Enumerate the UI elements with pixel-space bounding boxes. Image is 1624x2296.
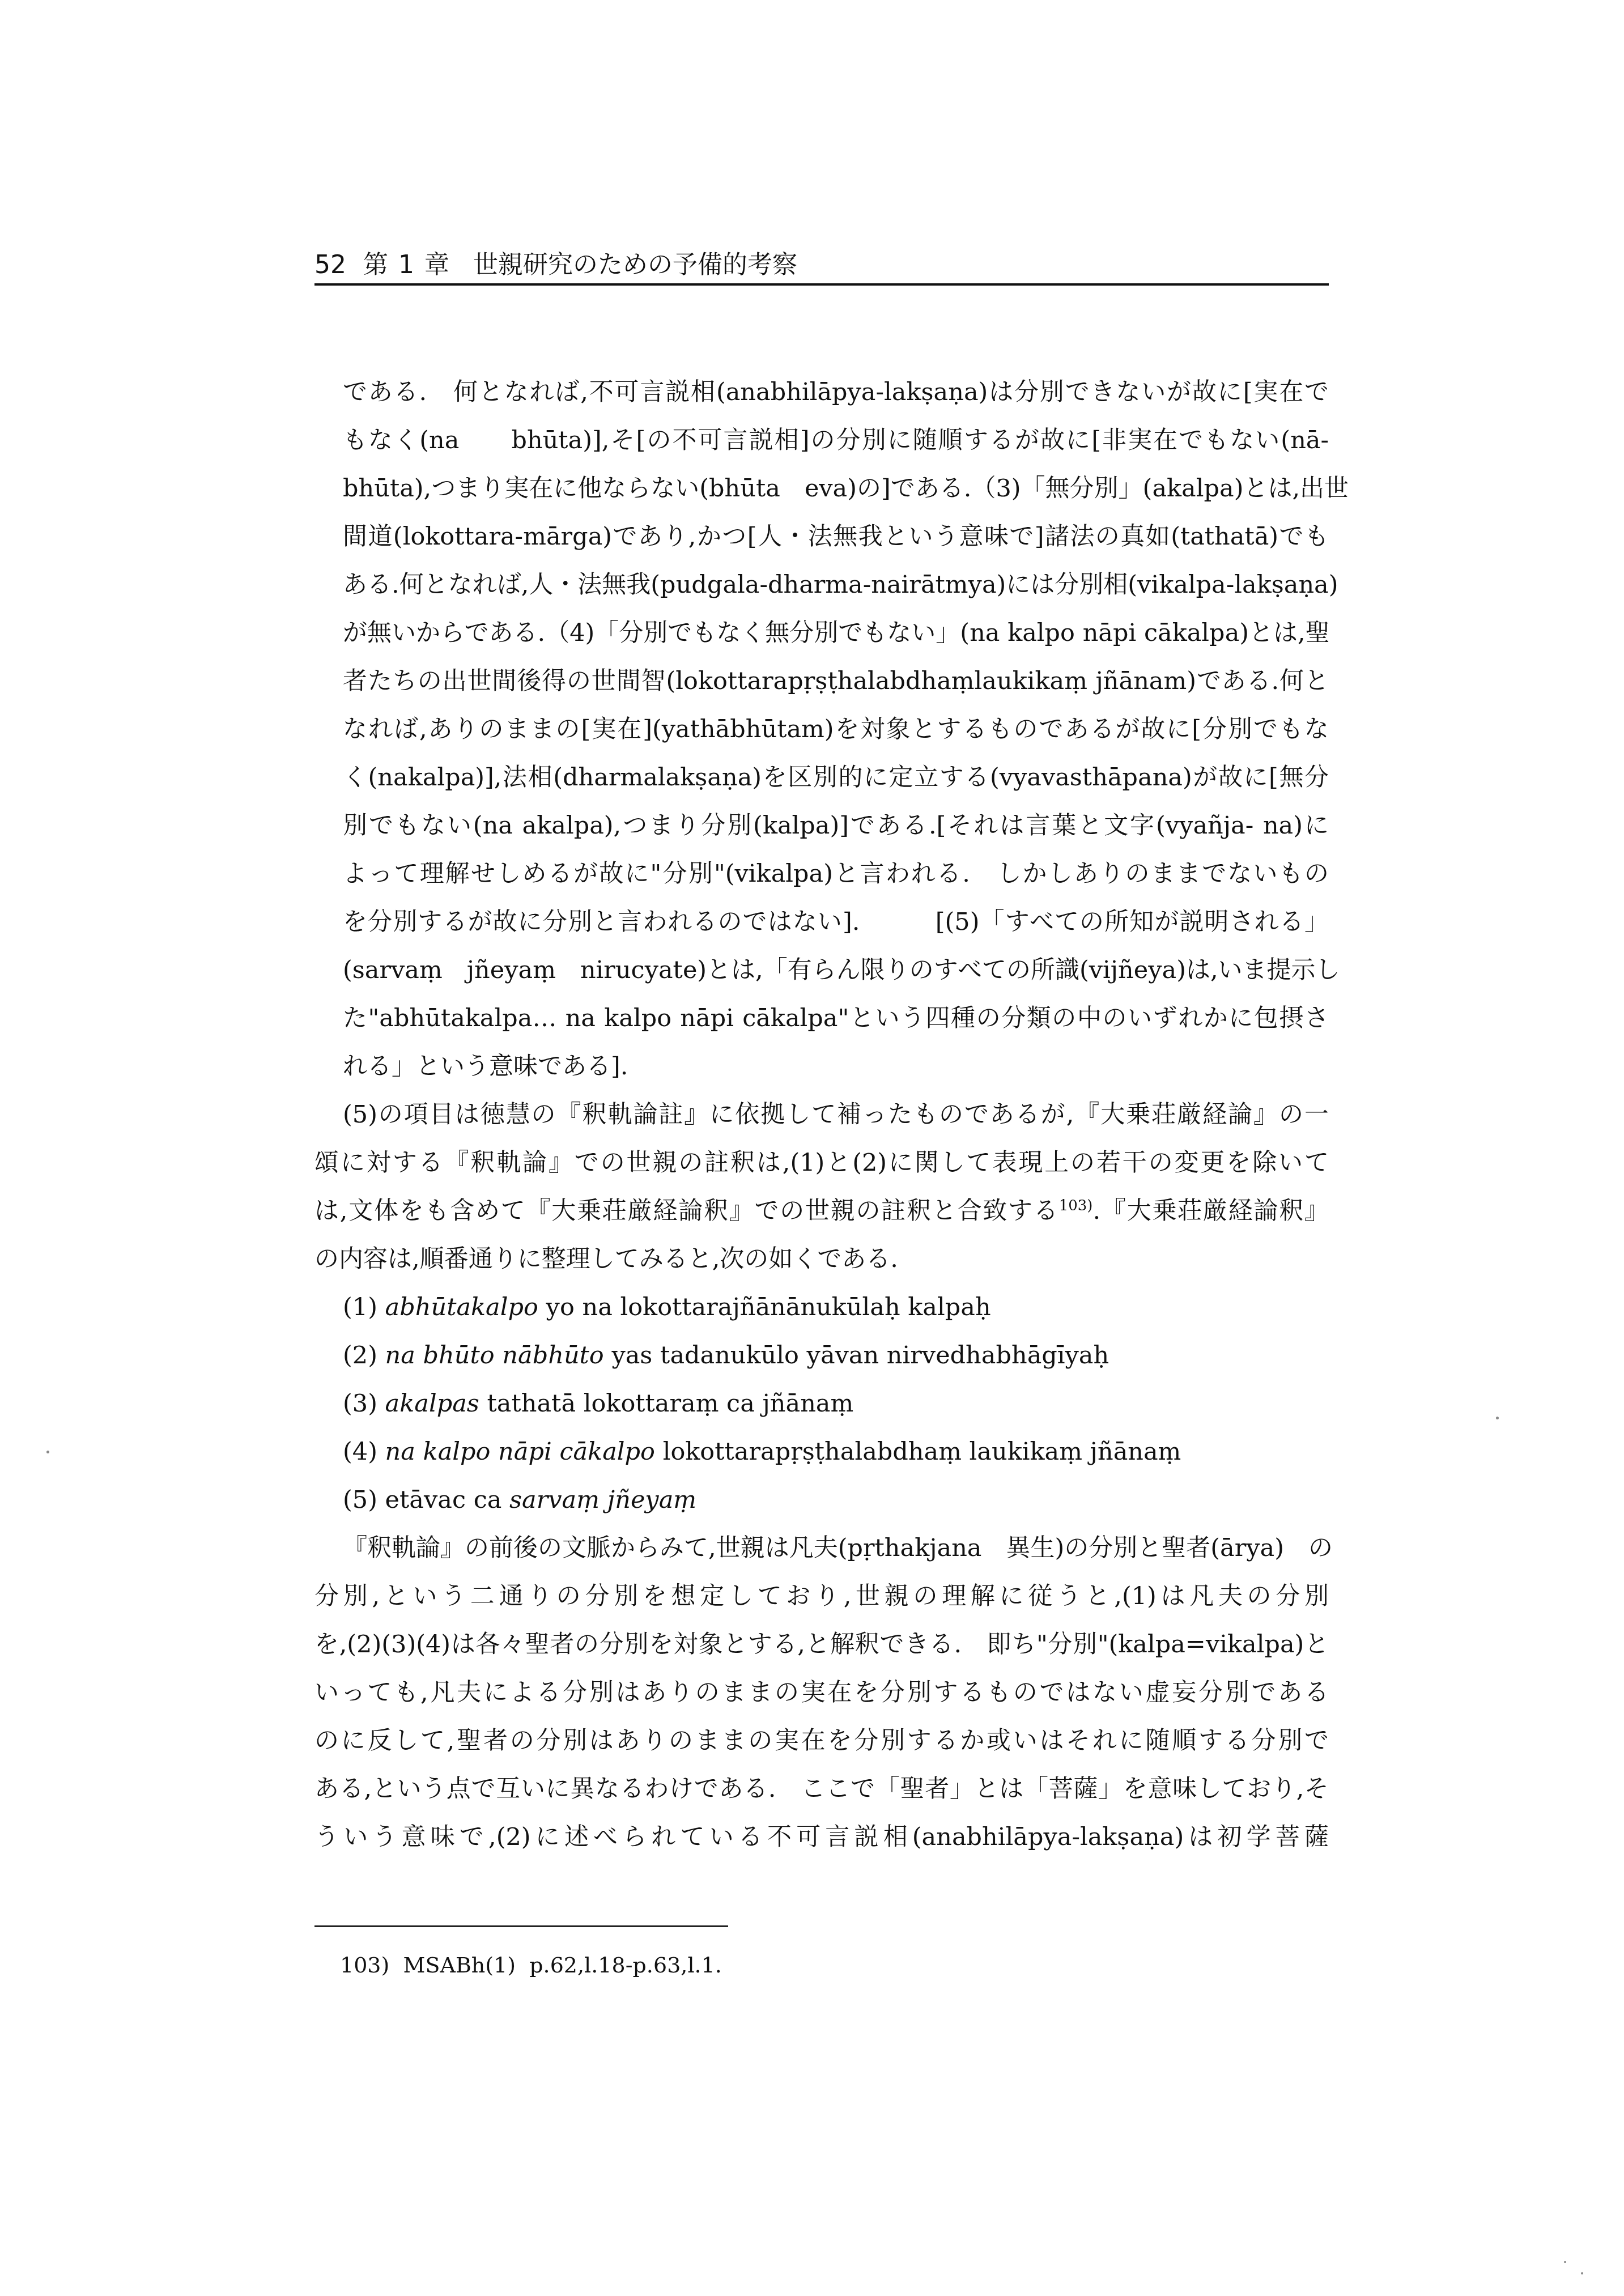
paragraph-line: ある,という点で互いに異なるわけである. ここで「聖者」とは「菩薩」を意味してお… bbox=[314, 1772, 1329, 1806]
list-item: (2) na bhūto nābhūto yas tadanukūlo yāva… bbox=[343, 1338, 1109, 1372]
block-line: を分別するが故に分別と言われるのではない]. [(5)「すべての所知が説明される… bbox=[343, 905, 1329, 939]
paragraph-line: の内容は,順番通りに整理してみると,次の如くである. bbox=[314, 1242, 898, 1276]
scan-speck bbox=[1581, 2272, 1583, 2274]
italic-term: akalpas bbox=[385, 1389, 479, 1418]
list-number: (1) bbox=[343, 1293, 377, 1321]
list-number: (2) bbox=[343, 1341, 377, 1370]
list-text: etāvac ca bbox=[385, 1486, 509, 1514]
paragraph-line: ういう意味で,(2)に述べられている不可言説相(anabhilāpya-lakṣ… bbox=[314, 1820, 1329, 1854]
block-line: が無いからである.（4)「分別でもなく無分別でもない」(na kalpo nāp… bbox=[343, 616, 1329, 650]
block-line: (sarvaṃ jñeyaṃ nirucyate)とは,「有らん限りのすべての所… bbox=[343, 953, 1329, 987]
italic-term: abhūtakalpo bbox=[385, 1293, 538, 1321]
block-line: なれば,ありのままの[実在](yathābhūtam)を対象とするものであるが故… bbox=[343, 712, 1329, 746]
scan-speck bbox=[46, 1451, 49, 1453]
italic-term: na bhūto nābhūto bbox=[385, 1341, 604, 1370]
paragraph-line: 『釈軌論』の前後の文脈からみて,世親は凡夫(pṛthakjana 異生)の分別と… bbox=[343, 1531, 1329, 1565]
list-number: (5) bbox=[343, 1486, 377, 1514]
block-line: く(nakalpa)],法相(dharmalakṣaṇa)を区別的に定立する(v… bbox=[343, 760, 1329, 794]
running-header: 52第 1 章世親研究のための予備的考察 bbox=[314, 249, 1329, 286]
block-line: 間道(lokottara-mārga)であり,かつ[人・法無我という意味で]諸法… bbox=[343, 520, 1329, 554]
scan-speck bbox=[1564, 2261, 1566, 2263]
italic-term: na kalpo nāpi cākalpo bbox=[385, 1438, 655, 1466]
block-line: 者たちの出世間後得の世間智(lokottarapṛṣṭhalabdhaṃlauk… bbox=[343, 664, 1329, 698]
block-line: た"abhūtakalpa… na kalpo nāpi cākalpa"という… bbox=[343, 1001, 1329, 1035]
block-line: れる」という意味である]. bbox=[343, 1049, 628, 1083]
paragraph-line: 頌に対する『釈軌論』での世親の註釈は,(1)と(2)に関して表現上の若干の変更を… bbox=[314, 1146, 1329, 1180]
list-text: lokottarapṛṣṭhalabdhaṃ laukikaṃ jñānaṃ bbox=[655, 1438, 1181, 1466]
chapter-label: 第 1 章 bbox=[363, 250, 450, 279]
block-line: ある.何となれば,人・法無我(pudgala-dharma-nairātmya)… bbox=[343, 568, 1329, 602]
italic-term: sarvaṃ jñeyaṃ bbox=[509, 1486, 696, 1514]
paragraph-line: を,(2)(3)(4)は各々聖者の分別を対象とする,と解釈できる. 即ち"分別"… bbox=[314, 1627, 1329, 1661]
block-line: 別でもない(na akalpa),つまり分別(kalpa)]である.[それは言葉… bbox=[343, 809, 1329, 843]
list-item: (4) na kalpo nāpi cākalpo lokottarapṛṣṭh… bbox=[343, 1435, 1181, 1469]
paragraph-text: は,文体をも含めて『大乗荘厳経論釈』での世親の註釈と合致する bbox=[314, 1197, 1059, 1225]
paragraph-line: いっても,凡夫による分別はありのままの実在を分別するものではない虚妄分別である bbox=[314, 1676, 1329, 1710]
footnote-divider bbox=[314, 1925, 728, 1927]
list-text: yo na lokottarajñānānukūlaḥ kalpaḥ bbox=[538, 1293, 991, 1321]
paragraph-line: のに反して,聖者の分別はありのままの実在を分別するか或いはそれに随順する分別で bbox=[314, 1724, 1329, 1758]
list-item: (3) akalpas tathatā lokottaraṃ ca jñānaṃ bbox=[343, 1387, 853, 1421]
paragraph-line: (5)の項目は徳慧の『釈軌論註』に依拠して補ったものであるが,『大乗荘厳経論』の… bbox=[343, 1098, 1329, 1132]
paragraph-line: 分別,という二通りの分別を想定しており,世親の理解に従うと,(1)は凡夫の分別 bbox=[314, 1579, 1329, 1613]
paragraph-text: .『大乗荘厳経論釈』 bbox=[1092, 1197, 1329, 1225]
page-number: 52 bbox=[314, 250, 346, 279]
scan-speck bbox=[1496, 1417, 1499, 1419]
list-item: (5) etāvac ca sarvaṃ jñeyaṃ bbox=[343, 1483, 696, 1517]
list-number: (4) bbox=[343, 1438, 377, 1466]
block-line: よって理解せしめるが故に"分別"(vikalpa)と言われる. しかしありのまま… bbox=[343, 857, 1329, 891]
footnote-103: 103) MSABh(1) p.62,l.18-p.63,l.1. bbox=[340, 1949, 722, 1981]
block-line: もなく(na bhūta)],そ[の不可言説相]の分別に随順するが故に[非実在で… bbox=[343, 423, 1329, 457]
chapter-title: 世親研究のための予備的考察 bbox=[473, 250, 797, 279]
footnote-ref-103[interactable]: 103) bbox=[1059, 1197, 1093, 1214]
list-text: tathatā lokottaraṃ ca jñānaṃ bbox=[479, 1389, 853, 1418]
block-line: bhūta),つまり実在に他ならない(bhūta eva)の]である.（3)「無… bbox=[343, 471, 1329, 505]
list-item: (1) abhūtakalpo yo na lokottarajñānānukū… bbox=[343, 1290, 991, 1324]
list-number: (3) bbox=[343, 1389, 377, 1418]
block-line: である. 何となれば,不可言説相(anabhilāpya-lakṣaṇa)は分別… bbox=[343, 375, 1329, 409]
list-text: yas tadanukūlo yāvan nirvedhabhāgīyaḥ bbox=[604, 1341, 1109, 1370]
paragraph-line: は,文体をも含めて『大乗荘厳経論釈』での世親の註釈と合致する103).『大乗荘厳… bbox=[314, 1194, 1329, 1228]
